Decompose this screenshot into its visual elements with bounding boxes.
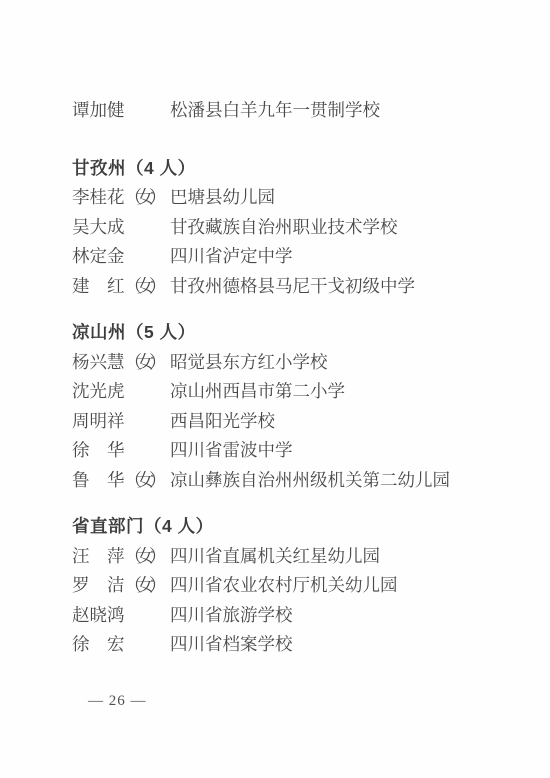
roster-row: 杨兴慧（女）昭觉县东方红小学校: [72, 348, 532, 378]
roster-row: 徐 华四川省雷波中学: [72, 436, 532, 466]
school-name: 四川省档案学校: [170, 630, 532, 660]
roster-row: 吴大成甘孜藏族自治州职业技术学校: [72, 213, 532, 243]
page-number: — 26 —: [88, 693, 147, 709]
person-name-cell: 杨兴慧（女）: [72, 348, 170, 378]
person-name: 李桂花: [72, 187, 125, 207]
roster-row: 鲁 华（女）凉山彝族自治州州级机关第二幼儿园: [72, 466, 532, 496]
school-name: 甘孜州德格县马尼干戈初级中学: [170, 272, 532, 302]
school-name: 凉山州西昌市第二小学: [170, 377, 532, 407]
roster-row: 建 红（女）甘孜州德格县马尼干戈初级中学: [72, 272, 532, 302]
school-name: 凉山彝族自治州州级机关第二幼儿园: [170, 466, 532, 496]
roster-row: 徐 宏四川省档案学校: [72, 630, 532, 660]
roster-row: 周明祥西昌阳光学校: [72, 407, 532, 437]
school-name: 四川省泸定中学: [170, 242, 532, 272]
person-name-cell: 林定金: [72, 242, 170, 272]
gender-label: （女）: [125, 352, 162, 372]
gender-label: （女）: [125, 187, 162, 207]
person-name: 徐 宏: [72, 634, 125, 654]
roster-row: 李桂花（女）巴塘县幼儿园: [72, 183, 532, 213]
person-name-cell: 吴大成: [72, 213, 170, 243]
person-name-cell: 谭加健: [72, 96, 170, 126]
person-name-cell: 徐 宏: [72, 630, 170, 660]
person-name-cell: 周明祥: [72, 407, 170, 437]
person-name: 吴大成: [72, 217, 125, 237]
person-name: 杨兴慧: [72, 352, 125, 372]
gender-label: （女）: [125, 276, 162, 296]
person-name: 林定金: [72, 246, 125, 266]
person-name: 徐 华: [72, 440, 125, 460]
person-name-cell: 罗 洁（女）: [72, 571, 170, 601]
person-name: 周明祥: [72, 411, 125, 431]
person-name: 汪 萍: [72, 546, 125, 566]
section-title: 凉山州（5 人）: [72, 318, 532, 348]
person-name-cell: 赵晓鸿: [72, 601, 170, 631]
roster-row: 林定金四川省泸定中学: [72, 242, 532, 272]
school-name: 甘孜藏族自治州职业技术学校: [170, 213, 532, 243]
school-name: 四川省农业农村厅机关幼儿园: [170, 571, 532, 601]
person-name: 鲁 华: [72, 470, 125, 490]
roster-list: 谭加健松潘县白羊九年一贯制学校甘孜州（4 人）李桂花（女）巴塘县幼儿园吴大成甘孜…: [72, 96, 532, 660]
roster-row: 汪 萍（女）四川省直属机关红星幼儿园: [72, 542, 532, 572]
person-name: 沈光虎: [72, 381, 125, 401]
roster-row: 罗 洁（女）四川省农业农村厅机关幼儿园: [72, 571, 532, 601]
school-name: 昭觉县东方红小学校: [170, 348, 532, 378]
school-name: 松潘县白羊九年一贯制学校: [170, 96, 532, 126]
section-title: 甘孜州（4 人）: [72, 154, 532, 184]
person-name-cell: 鲁 华（女）: [72, 466, 170, 496]
document-page: 谭加健松潘县白羊九年一贯制学校甘孜州（4 人）李桂花（女）巴塘县幼儿园吴大成甘孜…: [0, 0, 550, 778]
gender-label: （女）: [125, 575, 162, 595]
person-name: 谭加健: [72, 100, 125, 120]
school-name: 四川省直属机关红星幼儿园: [170, 542, 532, 572]
roster-content: 谭加健松潘县白羊九年一贯制学校甘孜州（4 人）李桂花（女）巴塘县幼儿园吴大成甘孜…: [72, 0, 532, 711]
gender-label: （女）: [125, 546, 162, 566]
person-name-cell: 李桂花（女）: [72, 183, 170, 213]
school-name: 四川省雷波中学: [170, 436, 532, 466]
gender-label: （女）: [125, 470, 162, 490]
school-name: 西昌阳光学校: [170, 407, 532, 437]
school-name: 巴塘县幼儿园: [170, 183, 532, 213]
person-name: 建 红: [72, 276, 125, 296]
person-name-cell: 汪 萍（女）: [72, 542, 170, 572]
person-name-cell: 徐 华: [72, 436, 170, 466]
section-title: 省直部门（4 人）: [72, 512, 532, 542]
roster-row: 沈光虎凉山州西昌市第二小学: [72, 377, 532, 407]
person-name-cell: 建 红（女）: [72, 272, 170, 302]
person-name-cell: 沈光虎: [72, 377, 170, 407]
person-name: 赵晓鸿: [72, 605, 125, 625]
school-name: 四川省旅游学校: [170, 601, 532, 631]
person-name: 罗 洁: [72, 575, 125, 595]
page-footer: — 26 —: [88, 691, 532, 711]
roster-row: 谭加健松潘县白羊九年一贯制学校: [72, 96, 532, 126]
roster-row: 赵晓鸿四川省旅游学校: [72, 601, 532, 631]
